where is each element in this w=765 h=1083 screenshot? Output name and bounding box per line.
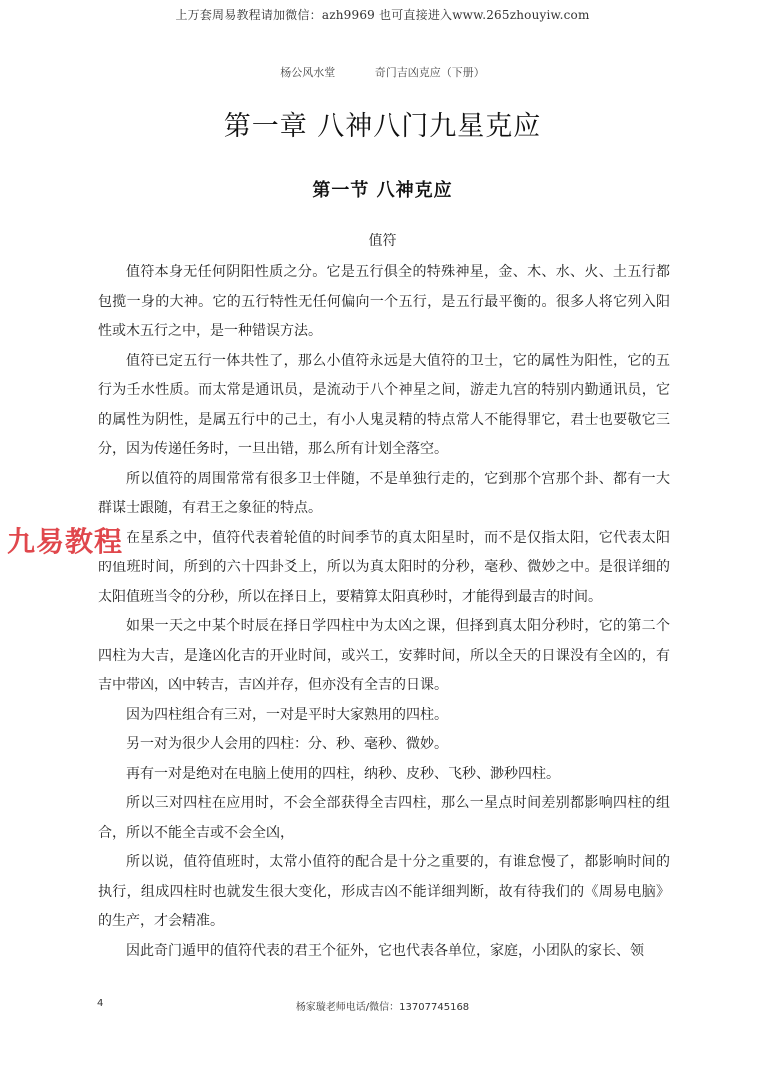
footer-contact: 杨家璇老师电话/微信：13707745168 (0, 998, 765, 1013)
paragraph: 因此奇门遁甲的值符代表的君王个征外，它也代表各单位，家庭，小团队的家长、领 (98, 937, 670, 967)
top-banner: 上万套周易教程请加微信：azh9969 也可直接进入www.265zhouyiw… (0, 6, 765, 23)
running-header-book-title: 奇门吉凶克应（下册） (375, 64, 485, 80)
paragraph: 因为四柱组合有三对，一对是平时大家熟用的四柱。 (98, 701, 670, 731)
paragraph: 再有一对是绝对在电脑上使用的四柱，纳秒、皮秒、飞秒、渺秒四柱。 (98, 760, 670, 790)
paragraph: 所以三对四柱在应用时，不会全部获得全吉四柱，那么一星点时间差别都影响四柱的组合，… (98, 789, 670, 848)
paragraph: 值符已定五行一体共性了，那么小值符永远是大值符的卫士，它的属性为阳性，它的五行为… (98, 347, 670, 465)
watermark-logo: 九易教程 (7, 523, 127, 561)
paragraph: 在星系之中，值符代表着轮值的时间季节的真太阳星时，而不是仅指太阳，它代表太阳的值… (98, 524, 670, 613)
paragraph: 另一对为很少人会用的四柱：分、秒、毫秒、微妙。 (98, 730, 670, 760)
section-title: 第一节 八神克应 (0, 176, 765, 202)
subsection-title: 值符 (0, 230, 765, 250)
running-header: 杨公风水堂 奇门吉凶克应（下册） (0, 64, 765, 80)
paragraph: 如果一天之中某个时辰在择日学四柱中为太凶之课，但择到真太阳分秒时，它的第二个四柱… (98, 612, 670, 701)
paragraph: 值符本身无任何阴阳性质之分。它是五行俱全的特殊神星，金、木、水、火、土五行都包揽… (98, 258, 670, 347)
chapter-title: 第一章 八神八门九星克应 (0, 104, 765, 143)
body-text: 值符本身无任何阴阳性质之分。它是五行俱全的特殊神星，金、木、水、火、土五行都包揽… (98, 258, 670, 966)
paragraph: 所以说，值符值班时，太常小值符的配合是十分之重要的，有谁怠慢了，都影响时间的执行… (98, 848, 670, 937)
running-header-author: 杨公风水堂 (280, 64, 335, 80)
paragraph: 所以值符的周围常常有很多卫士伴随，不是单独行走的，它到那个宫那个卦、都有一大群谋… (98, 465, 670, 524)
